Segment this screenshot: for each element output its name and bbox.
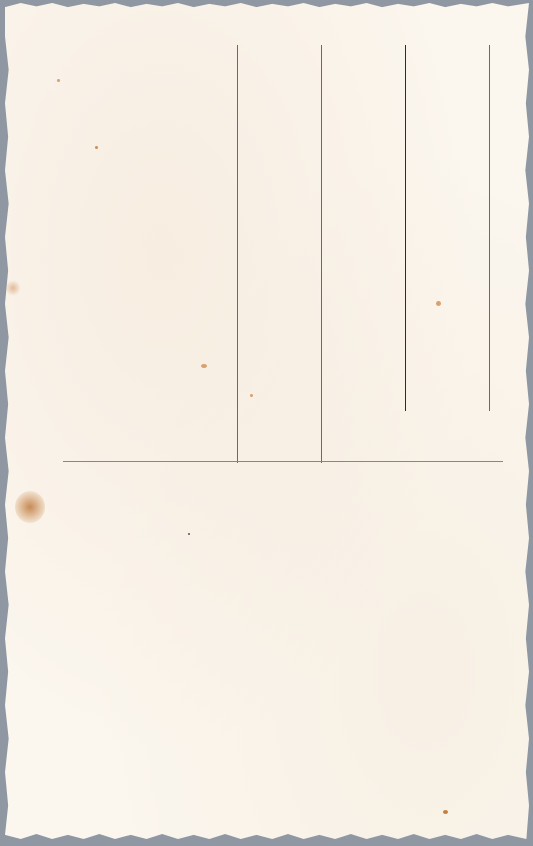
stain-large	[15, 491, 45, 523]
stain-small	[6, 279, 20, 297]
divider-line-2	[321, 45, 322, 463]
horizontal-rule	[63, 461, 503, 462]
postcard-back	[5, 3, 529, 839]
fox-spot	[95, 146, 98, 149]
fox-spot	[201, 364, 207, 368]
fox-spot	[436, 301, 441, 306]
fox-spot	[57, 79, 60, 82]
divider-line-4	[489, 45, 490, 411]
divider-line-3	[405, 45, 406, 411]
divider-line-1	[237, 45, 238, 463]
fox-spot	[188, 533, 190, 535]
fox-spot	[250, 394, 253, 397]
fox-spot	[443, 810, 448, 814]
